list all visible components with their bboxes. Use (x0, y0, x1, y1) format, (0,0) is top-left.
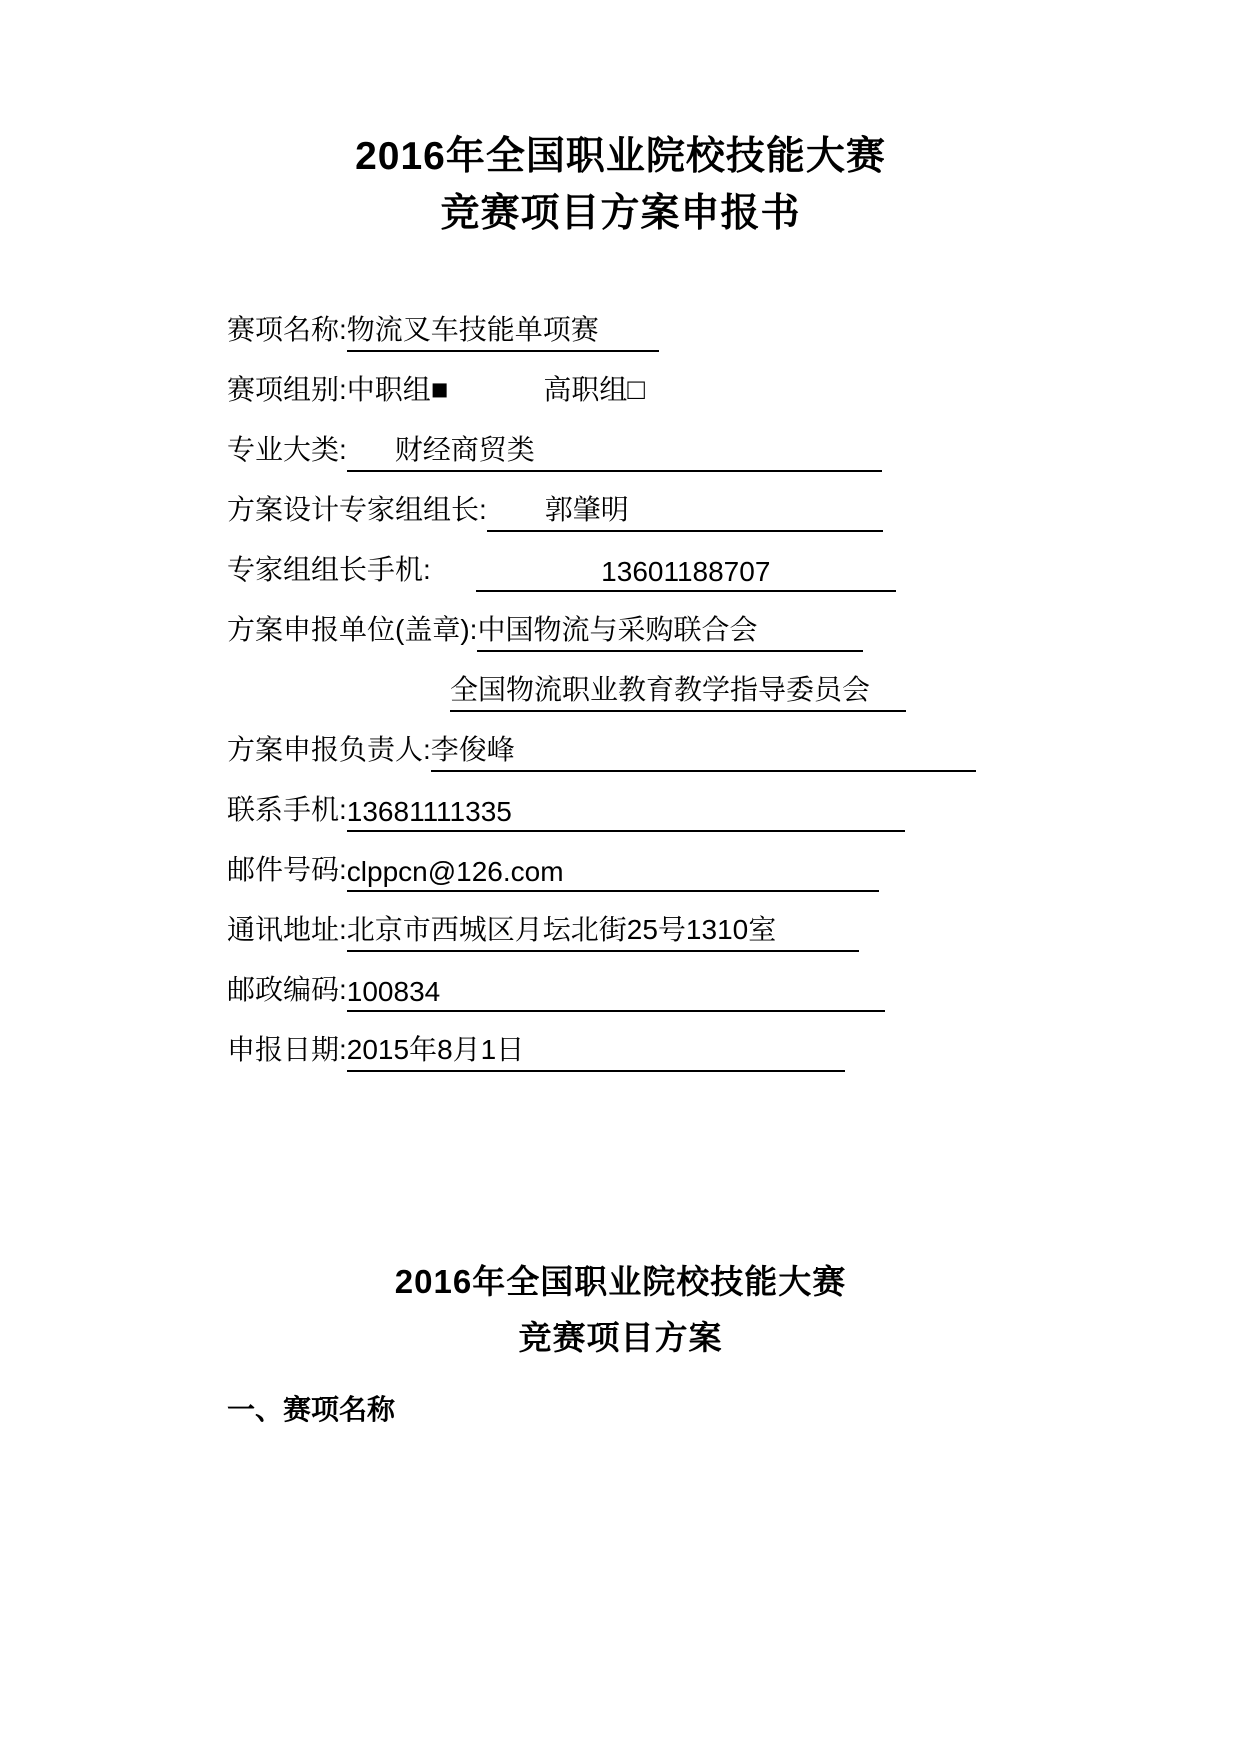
section1-heading: 一、赛项名称 (227, 1388, 1241, 1428)
expert-leader-label: 方案设计专家组组长: (227, 488, 487, 532)
apply-date-value: 2015年8月1日 (347, 1028, 845, 1072)
body-title: 2016年全国职业院校技能大赛 竞赛项目方案 (0, 1254, 1241, 1366)
email-label: 邮件号码: (227, 848, 347, 892)
field-major-category: 专业大类: 财经商贸类 (227, 412, 1121, 472)
contact-phone-value: 13681111335 (347, 796, 905, 832)
field-group: 赛项组别: 中职组■ 高职组□ (227, 352, 1121, 412)
applicant-org-value-line1: 中国物流与采购联合会 (477, 608, 863, 652)
field-applicant-org: 方案申报单位(盖章): 中国物流与采购联合会 (227, 592, 1121, 652)
expert-leader-phone-label: 专家组组长手机: (227, 548, 431, 592)
expert-leader-value: 郭肇明 (487, 488, 883, 532)
body-title-line2: 竞赛项目方案 (0, 1310, 1241, 1366)
group-option-zhongzhi: 中职组■ (347, 368, 449, 412)
field-contact-phone: 联系手机: 13681111335 (227, 772, 1121, 832)
group-option-gaozhi: 高职组□ (543, 368, 645, 412)
field-expert-leader-phone: 专家组组长手机: 13601188707 (227, 532, 1121, 592)
field-applicant-person: 方案申报负责人: 李俊峰 (227, 712, 1121, 772)
field-email: 邮件号码: clppcn@126.com (227, 832, 1121, 892)
field-postal-code: 邮政编码: 100834 (227, 952, 1121, 1012)
checkbox-filled-icon: ■ (431, 374, 449, 406)
field-event-name: 赛项名称: 物流叉车技能单项赛 (227, 292, 1121, 352)
field-apply-date: 申报日期: 2015年8月1日 (227, 1012, 1121, 1072)
cover-title-line1: 2016年全国职业院校技能大赛 (0, 128, 1241, 185)
email-value: clppcn@126.com (347, 856, 879, 892)
major-category-value: 财经商贸类 (347, 428, 882, 472)
group-option-gaozhi-label: 高职组 (543, 374, 627, 405)
group-option-zhongzhi-label: 中职组 (347, 374, 431, 405)
field-address: 通讯地址: 北京市西城区月坛北街25号1310室 (227, 892, 1121, 952)
cover-title-line2: 竞赛项目方案申报书 (0, 185, 1241, 242)
expert-leader-phone-value: 13601188707 (476, 556, 896, 592)
event-name-value: 物流叉车技能单项赛 (347, 308, 659, 352)
cover-title: 2016年全国职业院校技能大赛 竞赛项目方案申报书 (0, 0, 1241, 242)
event-name-label: 赛项名称: (227, 308, 347, 352)
checkbox-empty-icon: □ (627, 374, 645, 406)
field-expert-leader: 方案设计专家组组长: 郭肇明 (227, 472, 1121, 532)
applicant-person-value: 李俊峰 (431, 728, 976, 772)
applicant-org-label: 方案申报单位(盖章): (227, 608, 477, 652)
address-value: 北京市西城区月坛北街25号1310室 (347, 908, 859, 952)
field-applicant-org-line2: 全国物流职业教育教学指导委员会 (227, 652, 1121, 712)
postal-code-label: 邮政编码: (227, 968, 347, 1012)
major-category-label: 专业大类: (227, 428, 347, 472)
applicant-org-value-line2: 全国物流职业教育教学指导委员会 (450, 668, 906, 712)
postal-code-value: 100834 (347, 976, 885, 1012)
applicant-person-label: 方案申报负责人: (227, 728, 431, 772)
contact-phone-label: 联系手机: (227, 788, 347, 832)
body-title-line1: 2016年全国职业院校技能大赛 (0, 1254, 1241, 1310)
address-label: 通讯地址: (227, 908, 347, 952)
group-label: 赛项组别: (227, 368, 347, 412)
document-page: 2016年全国职业院校技能大赛 竞赛项目方案申报书 赛项名称: 物流叉车技能单项… (0, 0, 1241, 1754)
apply-date-label: 申报日期: (227, 1028, 347, 1072)
application-form: 赛项名称: 物流叉车技能单项赛 赛项组别: 中职组■ 高职组□ 专业大类: 财经… (227, 292, 1121, 1072)
